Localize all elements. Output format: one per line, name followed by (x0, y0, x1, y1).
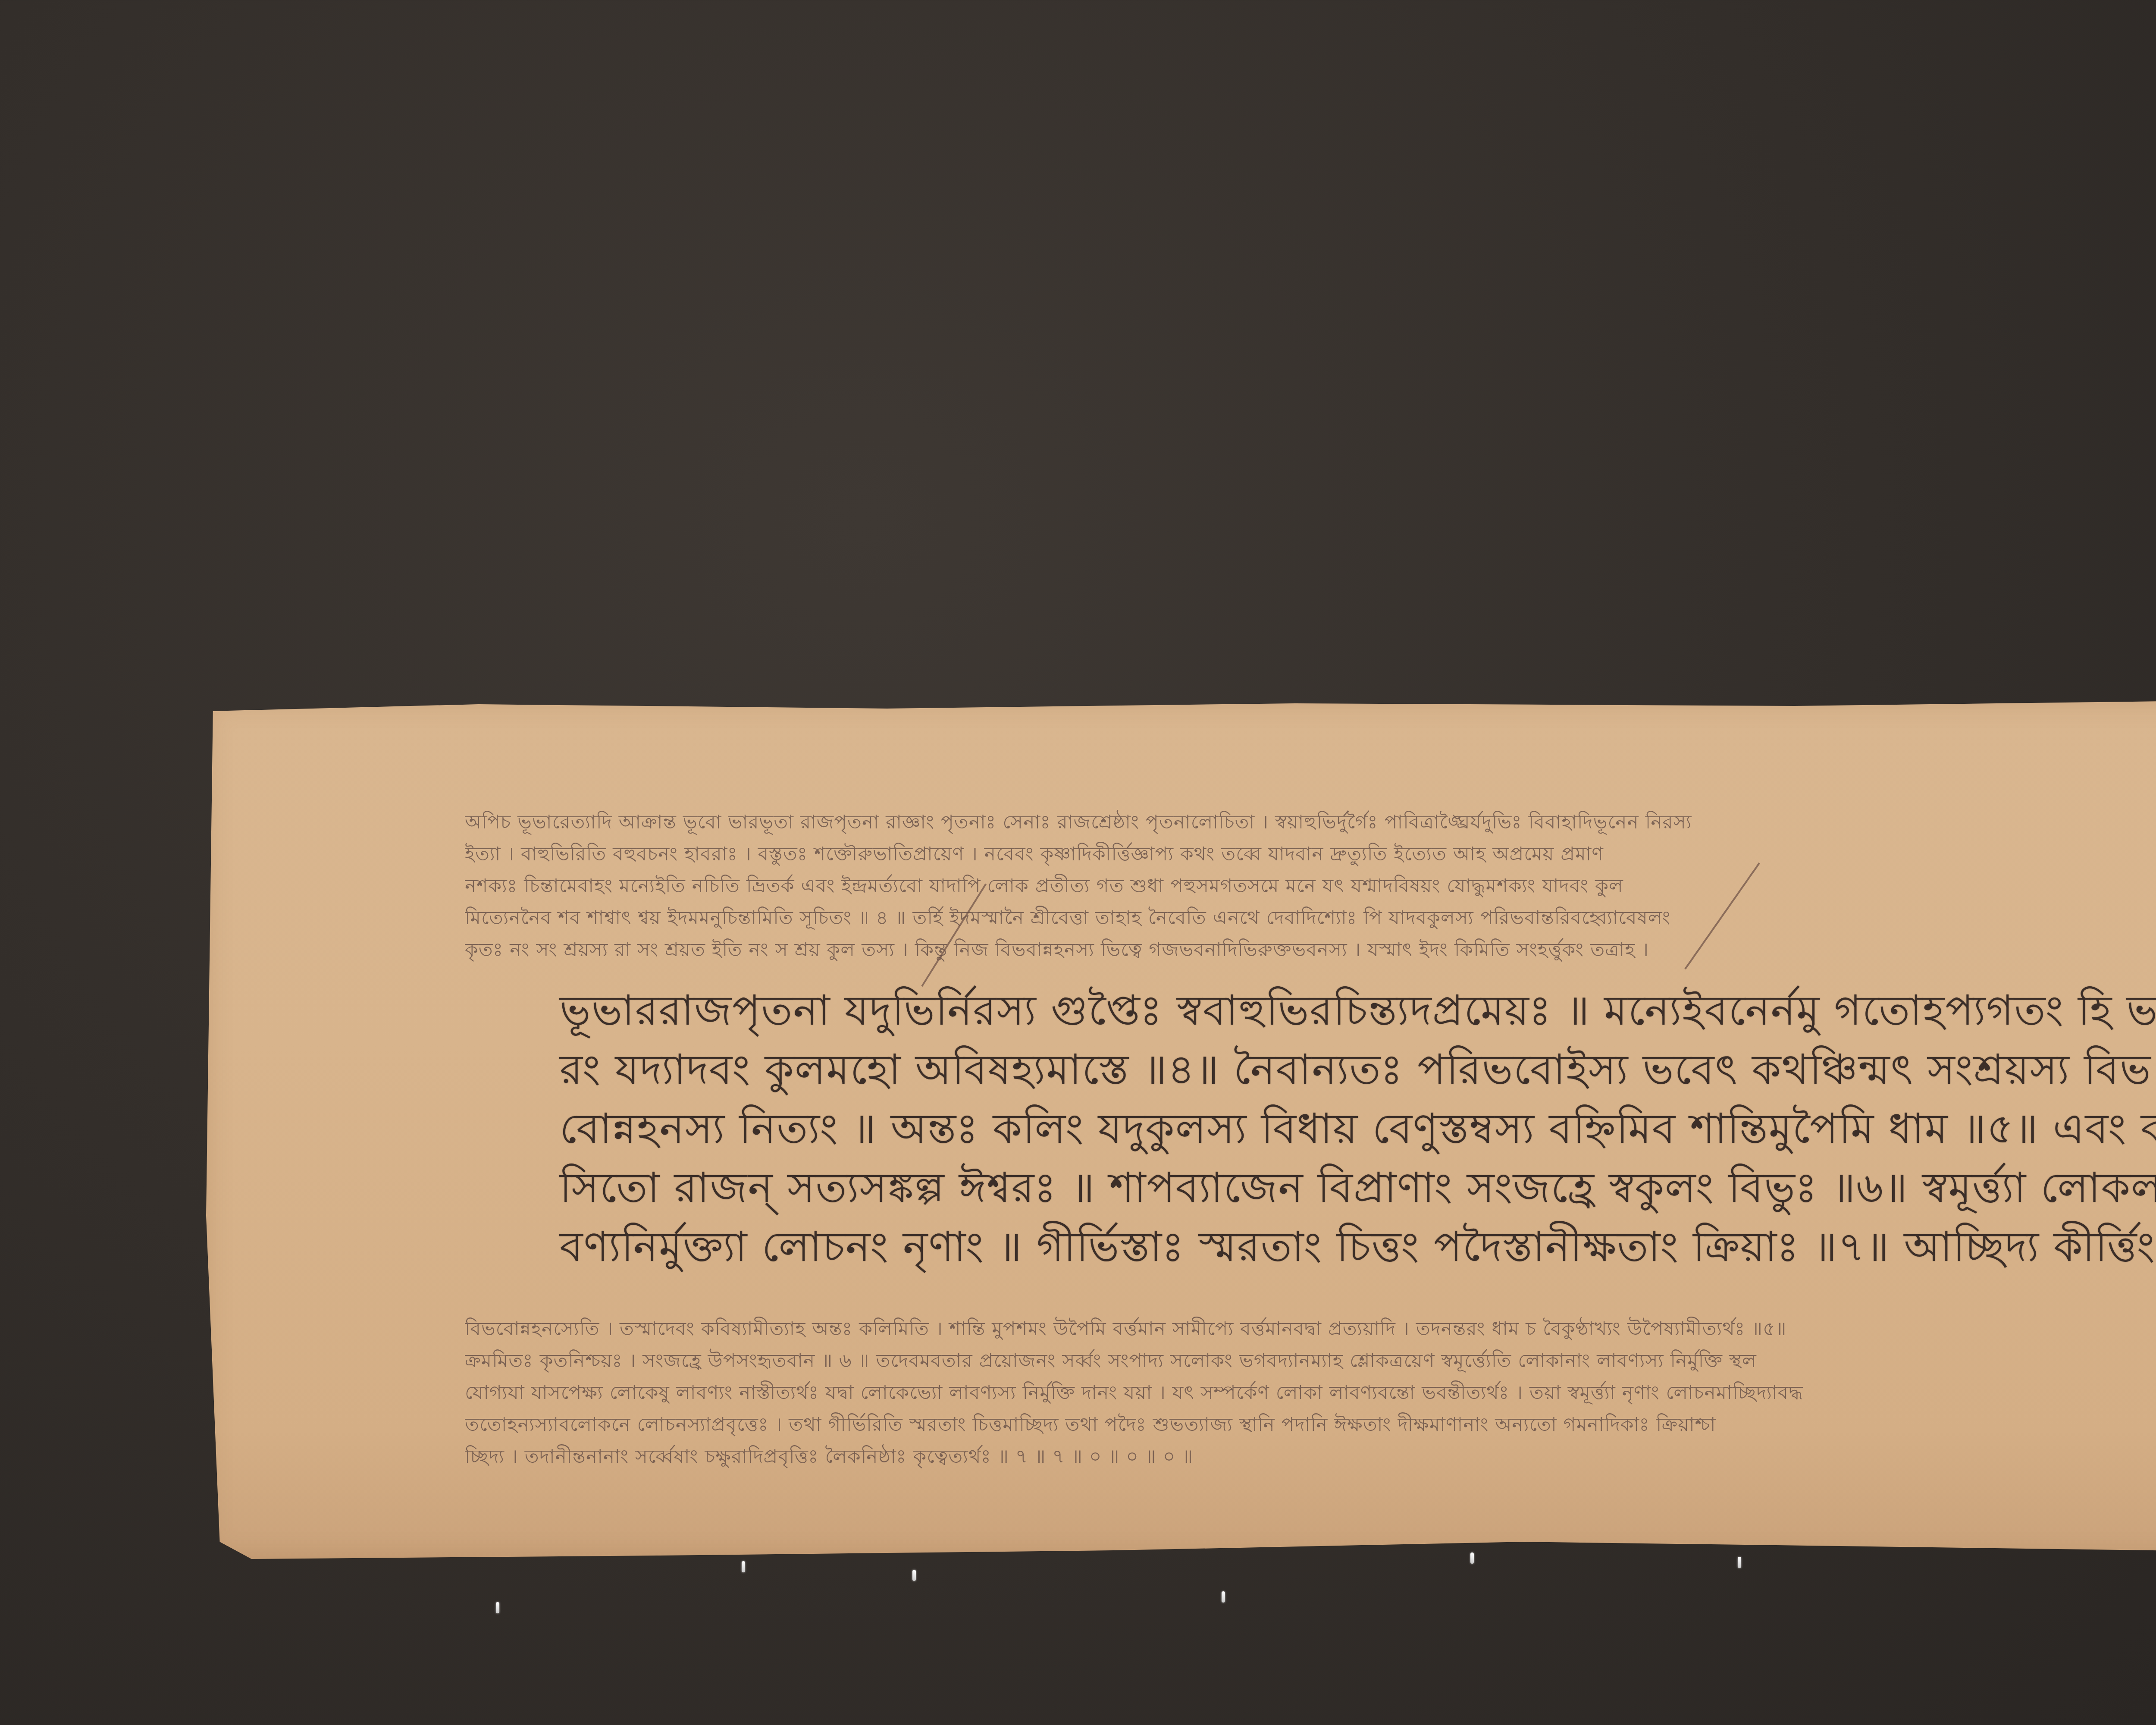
commentary-bottom-block: বিভবোন্নহনস্যেতি । তস্মাদেবং কবিষ্যামীত্… (465, 1313, 2156, 1473)
verse-line: সিতো রাজন্ সত্যসঙ্কল্প ঈশ্বরঃ ॥ শাপব্যাজ… (560, 1158, 2156, 1217)
verse-line: বণ্যনির্মুক্ত্যা লোচনং নৃণাং ॥ গীর্ভিস্ত… (560, 1217, 2156, 1276)
verse-line: রং যদ্যাদবং কুলমহো অবিষহ্যমাস্তে ॥৪॥ নৈব… (560, 1040, 2156, 1099)
commentary-line: মিত্যেননৈব শব শাশ্বাৎ শ্বয় ইদমমনুচিন্তা… (465, 902, 2156, 934)
mounting-pin (1738, 1557, 1741, 1568)
commentary-line: কৃতঃ নং সং শ্রয়স্য রা সং শ্রয়ত ইতি নং … (465, 934, 2156, 966)
manuscript-leaf: অপিচ ভূভারেত্যাদি আক্রান্ত ভূবো ভারভূতা … (206, 701, 2156, 1559)
main-verse-block: ভূভাররাজপৃতনা যদুভির্নিরস্য গুপ্তৈঃ স্বব… (560, 981, 2156, 1276)
commentary-line: যোগ্যযা যাসপেক্ষ্য লোকেষু লাবণ্যং নাস্তী… (465, 1377, 2156, 1409)
commentary-line: ইত্যা । বাহুভিরিতি বহুবচনং হাবরাঃ । বস্ত… (465, 838, 2156, 870)
mounting-pin (742, 1561, 745, 1572)
mounting-pin (1222, 1591, 1225, 1603)
mounting-pin (496, 1602, 499, 1613)
commentary-line: বিভবোন্নহনস্যেতি । তস্মাদেবং কবিষ্যামীত্… (465, 1313, 2156, 1345)
mounting-pin (1470, 1552, 1474, 1564)
commentary-line: নশক্যঃ চিন্তামেবাহং মন্যেইতি নচিতি ভ্রিত… (465, 870, 2156, 902)
commentary-top-block: অপিচ ভূভারেত্যাদি আক্রান্ত ভূবো ভারভূতা … (465, 806, 2156, 966)
mounting-pin (912, 1570, 916, 1581)
commentary-line: অপিচ ভূভারেত্যাদি আক্রান্ত ভূবো ভারভূতা … (465, 806, 2156, 838)
verse-line: ভূভাররাজপৃতনা যদুভির্নিরস্য গুপ্তৈঃ স্বব… (560, 981, 2156, 1040)
commentary-line: চ্ছিদ্য । তদানীন্তনানাং সর্ব্বেষাং চক্ষু… (465, 1441, 2156, 1473)
commentary-line: ততোহন্যস্যাবলোকনে লোচনস্যাপ্রবৃত্তেঃ । ত… (465, 1409, 2156, 1441)
verse-line: বোন্নহনস্য নিত্যং ॥ অন্তঃ কলিং যদুকুলস্য… (560, 1099, 2156, 1158)
commentary-line: ক্রমমিতঃ কৃতনিশ্চয়ঃ । সংজহ্রে উপসংহৃতবা… (465, 1345, 2156, 1377)
